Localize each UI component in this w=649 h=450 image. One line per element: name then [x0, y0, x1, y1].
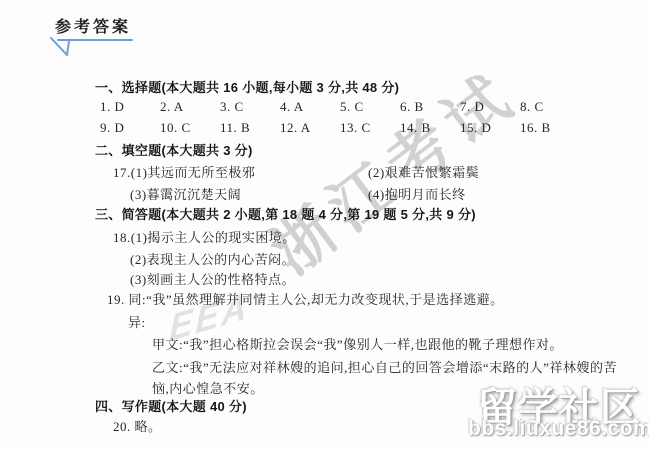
answer-item-8: 8. C [520, 99, 580, 115]
answer-line-19-yi-2: 恼,内心惶急不安。 [152, 378, 264, 397]
watermark-site-url: bbs.liuxue86.com [468, 417, 649, 441]
answer-item-10: 10. C [160, 120, 220, 136]
answer-item-11: 11. B [220, 120, 280, 136]
answer-item-16: 16. B [520, 120, 580, 136]
answer-item-2: 2. A [160, 99, 220, 115]
answer-key-page: 浙江考试 EEA 参考答案 一、选择题(本大题共 16 小题,每小题 3 分,共… [0, 0, 649, 450]
answer-line-17-4: (4)抱明月而长终 [368, 184, 466, 203]
section-short-answer-header: 三、简答题(本大题共 2 小题,第 18 题 4 分,第 19 题 5 分,共 … [95, 204, 476, 223]
answer-item-7: 7. D [460, 99, 520, 115]
answer-line-19-jia: 甲文:“我”担心格斯拉会误会“我”像别人一样,也跟他的靴子理想作对。 [152, 334, 563, 353]
answer-item-9: 9. D [100, 120, 160, 136]
title-underline-decoration [48, 33, 140, 59]
section-choice-header: 一、选择题(本大题共 16 小题,每小题 3 分,共 48 分) [95, 77, 399, 96]
answer-item-14: 14. B [400, 120, 460, 136]
section-blanks-header: 二、填空题(本大题共 3 分) [95, 140, 253, 159]
answer-item-1: 1. D [100, 99, 160, 115]
answer-item-13: 13. C [340, 120, 400, 136]
answer-line-20: 20. 略。 [113, 416, 162, 435]
answer-item-4: 4. A [280, 99, 340, 115]
answer-item-6: 6. B [400, 99, 460, 115]
answer-line-18-1: 18.(1)揭示主人公的现实困境。 [113, 227, 296, 246]
answer-line-19-diff-label: 异: [128, 312, 146, 331]
choice-answers-row-2: 9. D 10. C 11. B 12. A 13. C 14. B 15. D… [100, 120, 580, 136]
answer-line-17-2: (2)艰难苦恨繁霜鬓 [368, 162, 479, 181]
answer-line-18-3: (3)刻画主人公的性格特点。 [130, 269, 295, 288]
section-writing-header: 四、写作题(本大题 40 分) [95, 396, 247, 415]
answer-line-17-3: (3)暮霭沉沉楚天阔 [130, 184, 241, 203]
answer-item-3: 3. C [220, 99, 280, 115]
answer-item-12: 12. A [280, 120, 340, 136]
answer-item-15: 15. D [460, 120, 520, 136]
answer-line-18-2: (2)表现主人公的内心苦闷。 [130, 249, 295, 268]
answer-item-5: 5. C [340, 99, 400, 115]
choice-answers-row-1: 1. D 2. A 3. C 4. A 5. C 6. B 7. D 8. C [100, 99, 580, 115]
answer-line-19-same: 19. 同:“我”虽然理解并同情主人公,却无力改变现状,于是选择逃避。 [107, 289, 504, 308]
answer-line-17-1: 17.(1)其远而无所至极邪 [113, 162, 255, 181]
answer-line-19-yi-1: 乙文:“我”无法应对祥林嫂的追问,担心自己的回答会增添“末路的人”祥林嫂的苦 [152, 357, 617, 376]
